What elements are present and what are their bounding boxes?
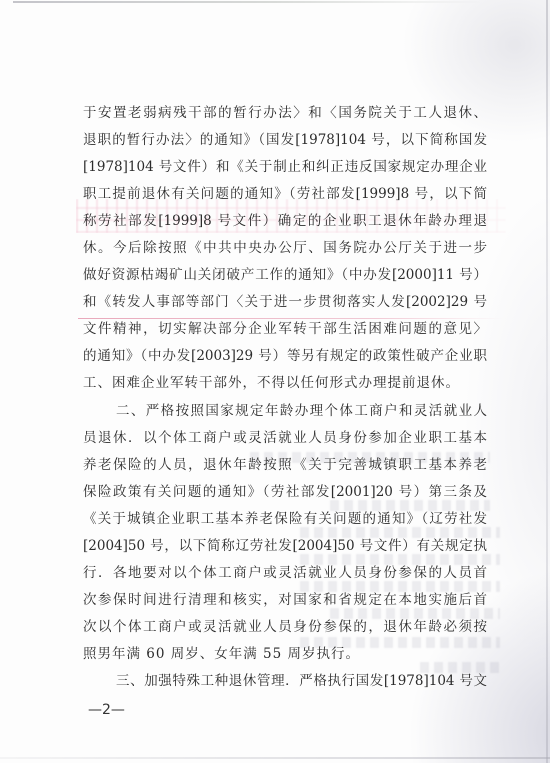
text-line: 退职的暂行办法〉的通知》（国发[1978]104 号，以下简称国发: [83, 127, 487, 154]
text-line: 和《转发人事部等部门〈关于进一步贯彻落实人发[2002]29 号: [83, 289, 487, 316]
page-number: —2—: [88, 701, 125, 719]
section-heading-line-2: 二、严格按照国家规定年龄办理个体工商户和灵活就业人: [83, 398, 487, 425]
text-line: 次以个体工商户或灵活就业人员身份参保的，退休年龄必须按: [83, 614, 487, 641]
scan-edge-right: [546, 0, 548, 763]
section-heading-line-3: 三、加强特殊工种退休管理．严格执行国发[1978]104 号文: [83, 668, 487, 695]
text-line: 保险政策有关问题的通知》（劳社部发[2001]20 号）第三条及: [83, 479, 487, 506]
document-body: 于安置老弱病残干部的暂行办法〉和〈国务院关于工人退休、 退职的暂行办法〉的通知》…: [83, 100, 487, 696]
text-line: 职工提前退休有关问题的通知》（劳社部发[1999]8 号，以下简: [83, 181, 487, 208]
text-line: 《关于城镇企业职工基本养老保险有关问题的通知》（辽劳社发: [83, 506, 487, 533]
text-line: 文件精神，切实解决部分企业军转干部生活困难问题的意见〉: [83, 316, 487, 343]
text-line: [2004]50 号，以下简称辽劳社发[2004]50 号文件）有关规定执: [83, 533, 487, 560]
text-line: 于安置老弱病残干部的暂行办法〉和〈国务院关于工人退休、: [83, 100, 487, 127]
text-line-paragraph-end: 工、困难企业军转干部外，不得以任何形式办理提前退休。: [83, 370, 487, 397]
text-line: 称劳社部发[1999]8 号文件）确定的企业职工退休年龄办理退: [83, 208, 487, 235]
scanned-page: 于安置老弱病残干部的暂行办法〉和〈国务院关于工人退休、 退职的暂行办法〉的通知》…: [0, 0, 550, 763]
text-line: [1978]104 号文件）和《关于制止和纠正违反国家规定办理企业: [83, 154, 487, 181]
text-line-paragraph-end: 照男年满 60 周岁、女年满 55 周岁执行。: [83, 641, 487, 668]
text-line: 休。今后除按照《中共中央办公厅、国务院办公厅关于进一步: [83, 235, 487, 262]
text-line: 次参保时间进行清理和核实，对国家和省规定在本地实施后首: [83, 587, 487, 614]
scan-edge-bottom: [0, 757, 550, 759]
text-line: 养老保险的人员，退休年龄按照《关于完善城镇职工基本养老: [83, 452, 487, 479]
text-line: 行．各地要对以个体工商户或灵活就业人员身份参保的人员首: [83, 560, 487, 587]
text-line: 做好资源枯竭矿山关闭破产工作的通知》（中办发[2000]11 号）: [83, 262, 487, 289]
scan-edge-top: [13, 1, 483, 3]
text-line: 的通知》（中办发[2003]29 号）等另有规定的政策性破产企业职: [83, 343, 487, 370]
text-line: 员退休．以个体工商户或灵活就业人员身份参加企业职工基本: [83, 425, 487, 452]
